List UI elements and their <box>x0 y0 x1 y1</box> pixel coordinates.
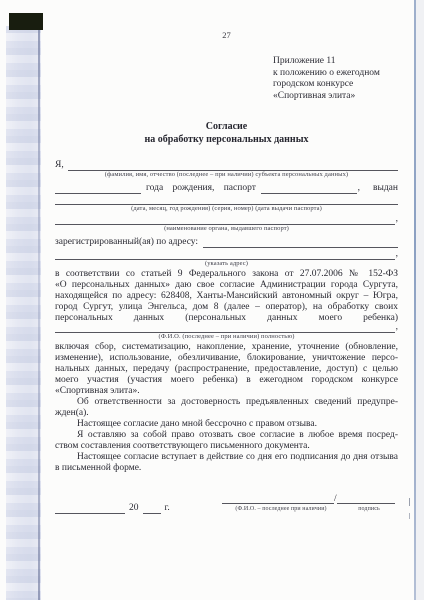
paragraph-line: город Сургут, улица Энгельса, дом 8 (дал… <box>55 302 398 313</box>
signature-blank-line <box>337 493 395 504</box>
appendix-line: Приложение 11 <box>273 56 380 68</box>
blank-row: , <box>55 324 398 333</box>
scan-edge-shadow <box>6 26 41 600</box>
name-blank-row: Я, <box>55 159 398 171</box>
paragraph-line: «Спортивная элита». <box>55 386 398 397</box>
name-blank-line <box>68 160 398 171</box>
signature-blank-row: / <box>222 493 398 504</box>
i-label: Я, <box>55 159 64 171</box>
blank-line <box>55 249 395 260</box>
paragraph-line: «О персональных данных» даю свое согласи… <box>55 280 398 291</box>
passport-blank-line <box>261 183 357 194</box>
page-number: 27 <box>55 30 398 40</box>
date-blank-line <box>55 503 125 514</box>
paragraph-line: Об ответственности за достоверность пред… <box>55 397 398 408</box>
caption-signature: подпись <box>340 505 398 514</box>
appendix-line: «Спортивная элита» <box>273 91 380 103</box>
birth-passport-row: года рождения, паспорт , выдан <box>55 180 398 194</box>
paragraph-line: Я оставляю за собой право отозвать свое … <box>55 430 398 441</box>
paragraph-line: в соответствии со статьей 9 Федерального… <box>55 269 398 280</box>
document-title-line2: на обработку персональных данных <box>55 133 398 146</box>
fio-blank-line <box>55 322 395 333</box>
birthdate-blank-line <box>55 183 141 194</box>
appendix-line: к положению о ежегодном <box>273 68 380 80</box>
year-prefix: 20 <box>129 502 139 514</box>
blank-row: , <box>55 248 398 260</box>
comma: , <box>395 248 398 260</box>
registered-label: зарегистрированный(ая) по адресу: <box>55 236 198 248</box>
paragraph-line: Настоящее согласие дано мной бессрочно с… <box>55 419 398 430</box>
blank-row <box>55 194 398 205</box>
caption-subject: (фамилия, имя, отчество (последнее – при… <box>55 171 398 180</box>
binder-mark <box>9 13 43 30</box>
paragraph-line: находящейся по адресу: 628408, Ханты-Ман… <box>55 291 398 302</box>
blank-line <box>55 194 398 205</box>
scan-edge-crease <box>38 28 40 600</box>
scanner-background <box>416 0 424 600</box>
scan-artifact <box>409 498 410 506</box>
year-suffix: г. <box>165 502 170 514</box>
date-group: 20 г. <box>55 502 174 514</box>
paragraph-line: изменение), использование, обезличивание… <box>55 353 398 364</box>
scan-artifact <box>409 513 410 519</box>
appendix-block: Приложение 11 к положению о ежегодном го… <box>273 56 380 102</box>
document-content: Согласие на обработку персональных данны… <box>55 120 398 514</box>
paragraph-line: моего участия (участия моего ребенка) в … <box>55 375 398 386</box>
scanned-document-page: 27 Приложение 11 к положению о ежегодном… <box>0 0 424 600</box>
blank-line <box>55 214 395 225</box>
signature-group: / (Ф.И.О. – последнее при наличии) подпи… <box>222 493 398 514</box>
comma: , <box>395 321 398 333</box>
paragraph-line: жден(а). <box>55 408 398 419</box>
comma: , <box>395 213 398 225</box>
address-blank-line <box>203 237 398 248</box>
address-row: зарегистрированный(ая) по адресу: <box>55 234 398 248</box>
issued-label: выдан <box>373 182 398 194</box>
signature-captions: (Ф.И.О. – последнее при наличии) подпись <box>222 505 398 514</box>
paragraph-line: в письменной форме. <box>55 463 398 474</box>
caption-signer-fio: (Ф.И.О. – последнее при наличии) <box>222 505 340 514</box>
document-title-line1: Согласие <box>55 120 398 133</box>
paragraph-line: нальных данных, передачу (распространени… <box>55 364 398 375</box>
caption-birth: (дата, месяц, год рождения) (серия, номе… <box>55 205 398 214</box>
caption-authority: (наименование органа, выдавшего паспорт) <box>55 225 398 234</box>
paragraph-line: Настоящее согласие вступает в действие с… <box>55 452 398 463</box>
signature-row: 20 г. / (Ф.И.О. – последнее при наличии)… <box>55 493 398 514</box>
paragraph-line: ством составления соответствующего письм… <box>55 441 398 452</box>
year-blank-line <box>143 503 161 514</box>
blank-row: , <box>55 214 398 225</box>
caption-fio-full: (Ф.И.О. (последнее – при наличии) полнос… <box>55 333 398 342</box>
birth-passport-label: года рождения, паспорт <box>141 182 261 194</box>
caption-address: (указать адрес) <box>55 260 398 269</box>
signer-name-blank-line <box>222 493 334 504</box>
page-edge-line <box>414 0 416 600</box>
appendix-line: городском конкурсе <box>273 79 380 91</box>
comma: , <box>357 182 360 194</box>
paragraph-line: включая сбор, систематизацию, накопление… <box>55 342 398 353</box>
